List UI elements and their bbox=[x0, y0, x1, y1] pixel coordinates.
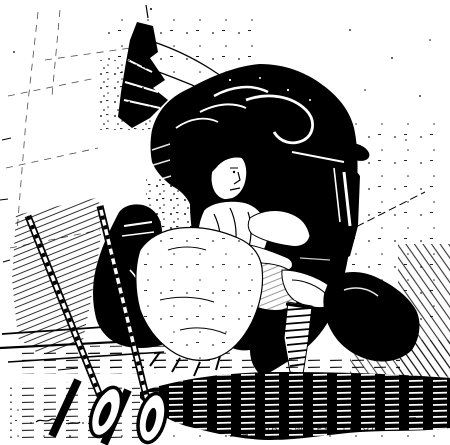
ink-layer: ANDREW BEST LELOIR. bbox=[0, 0, 450, 445]
engraving-canvas: ANDREW BEST LELOIR. bbox=[0, 0, 450, 445]
sea-chest bbox=[278, 150, 360, 264]
engraving-illustration: ANDREW BEST LELOIR. bbox=[0, 0, 450, 445]
